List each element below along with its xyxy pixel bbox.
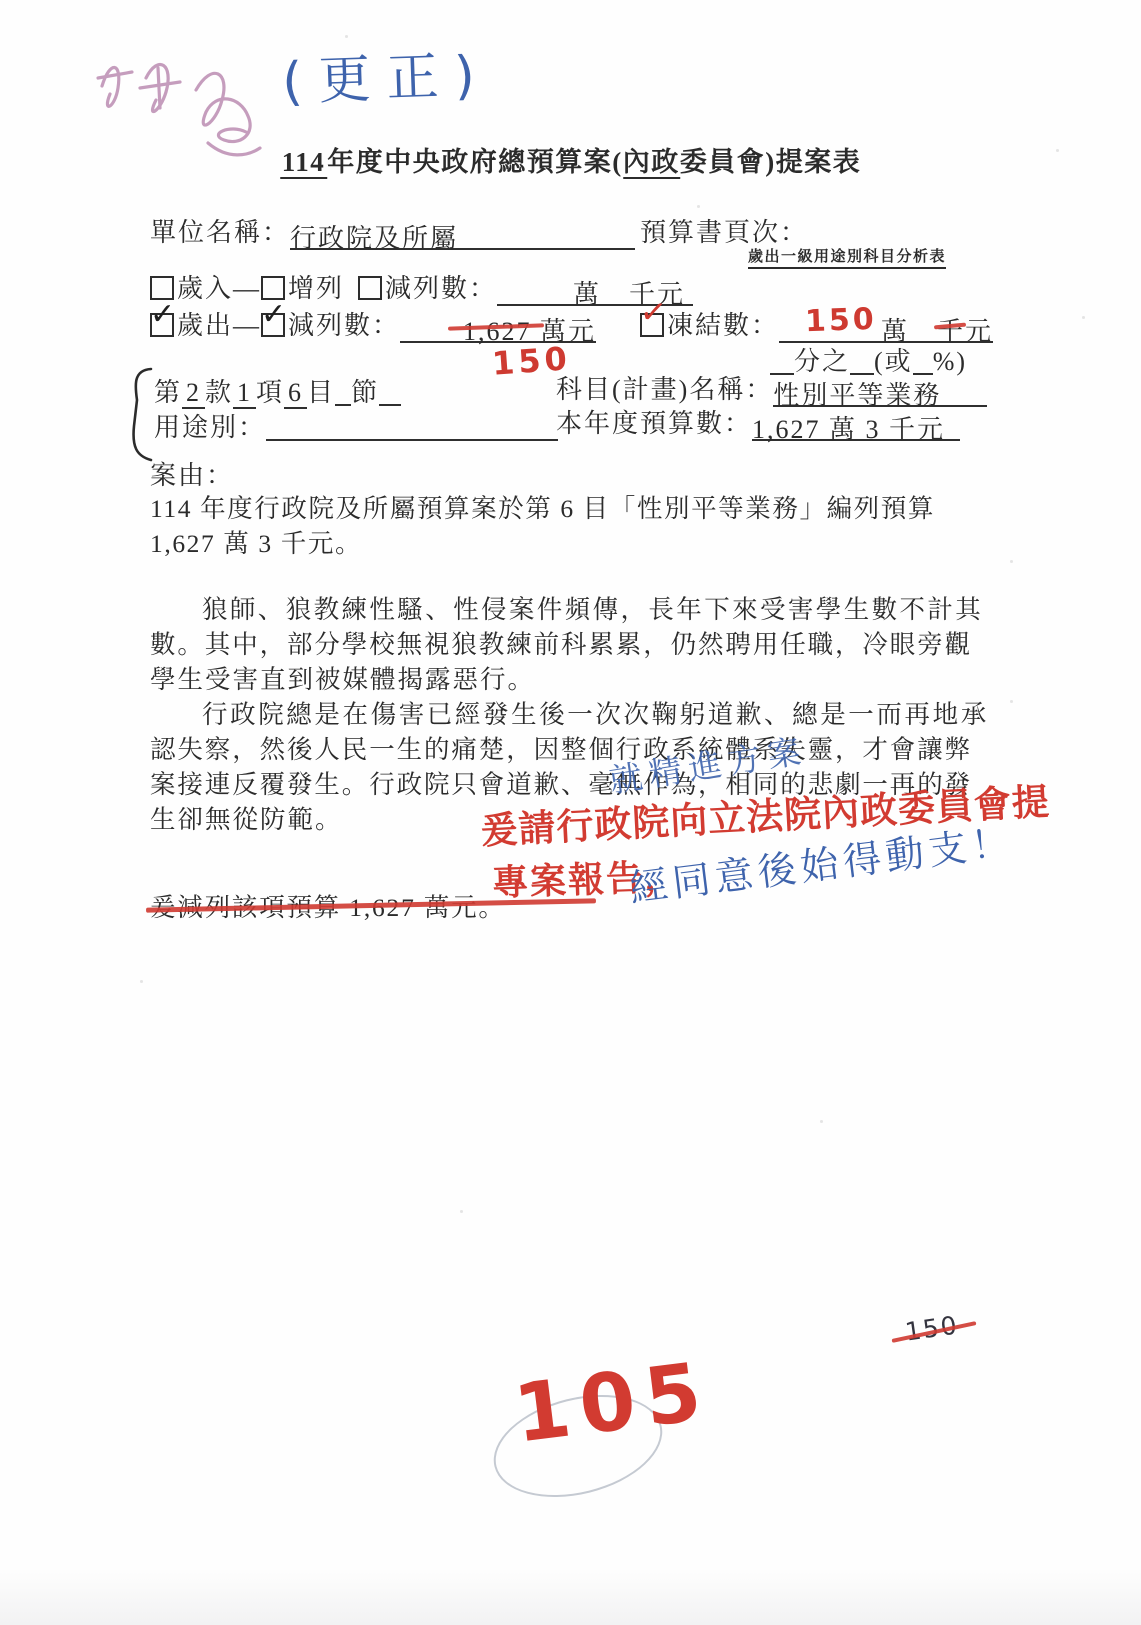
usage-field — [266, 413, 558, 441]
clause-kuan: 款 — [205, 378, 233, 407]
expense-label: 歲出 — [177, 311, 233, 340]
title-year: 114 — [280, 147, 328, 179]
clause-jie: 節 — [351, 378, 379, 407]
page-stamp: 105 — [509, 1344, 716, 1460]
budget-value: 1,627 萬 3 千元 — [752, 415, 945, 444]
title-mid: 年度中央政府總預算案( — [327, 147, 623, 177]
scan-speck — [210, 515, 213, 518]
body-line: 認失察，然後人民一生的痛楚，因整個行政系統體系失靈，才會讓弊 — [150, 730, 972, 766]
frozen-unit-yuan: 元 — [965, 317, 993, 346]
clause-di: 第 — [154, 378, 182, 407]
usage-label: 用途別： — [154, 413, 266, 442]
usage-row: 用途別： — [154, 407, 558, 444]
clause-mu: 目 — [307, 378, 335, 407]
dash: — — [233, 274, 261, 303]
case-line: 114 年度行政院及所屬預算案於第 6 目「性別平等業務」編列預算 — [150, 489, 935, 525]
budget-field: 1,627 萬 3 千元 — [752, 409, 960, 441]
increase-label: 增列 — [288, 274, 344, 303]
budget-label: 本年度預算數： — [556, 409, 752, 438]
checkbox-decrease — [358, 276, 382, 300]
body-line: 狼師、狼教練性騷、性侵案件頻傳，長年下來受害學生數不計其 — [202, 590, 983, 626]
handwritten-scribble — [88, 48, 293, 168]
case-line: 1,627 萬 3 千元。 — [150, 524, 362, 560]
case-label: 案由： — [150, 455, 234, 492]
clause-xiang-num: 1 — [233, 378, 256, 409]
clause-mu-num: 6 — [284, 378, 307, 409]
scan-speck — [1010, 700, 1013, 703]
blue-correction-note: (更正) — [281, 32, 492, 114]
dash: — — [233, 311, 261, 340]
budget-page-label: 預算書頁次： — [640, 212, 808, 249]
title-tail: 委員會)提案表 — [680, 147, 862, 177]
frozen-label: 凍結數： — [667, 311, 779, 340]
scan-speck — [1056, 149, 1059, 152]
unit-name-value: 行政院及所屬 — [290, 224, 458, 253]
frozen-row: ✓凍結數：150萬 千元 — [640, 305, 993, 343]
clause-xiang: 項 — [256, 378, 284, 407]
title-committee: 內政 — [623, 147, 680, 179]
body-line: 生卻無從防範。 — [150, 800, 343, 836]
checkbox-expense: ✓ — [150, 313, 174, 337]
clause-line: 第2款1項6目節 — [154, 372, 401, 409]
form-title: 114年度中央政府總預算案(內政委員會)提案表 — [280, 140, 862, 179]
scan-speck — [140, 980, 143, 983]
revenue-label: 歲入 — [177, 274, 233, 303]
scan-speck — [697, 205, 700, 208]
budget-row: 本年度預算數：1,627 萬 3 千元 — [556, 403, 960, 441]
scanned-document-page: (更正) 114年度中央政府總預算案(內政委員會)提案表 單位名稱：行政院及所屬… — [0, 0, 1141, 1625]
scan-bottom-shade — [0, 1567, 1141, 1625]
expense-decrease-label: 減列數： — [288, 311, 400, 340]
checkbox-expense-decrease: ✓ — [261, 313, 285, 337]
struck-number: 150 — [905, 1314, 959, 1343]
subject-label: 科目(計畫)名稱： — [556, 375, 773, 404]
frozen-amount-field: 150萬 千元 — [779, 311, 993, 343]
clause-kuan-num: 2 — [182, 378, 205, 409]
subject-row: 科目(計畫)名稱：性別平等業務 — [556, 369, 987, 407]
budget-page-note: 歲出一級用途別科目分析表 — [748, 245, 946, 269]
scan-speck — [820, 1120, 823, 1123]
unit-name-field: 行政院及所屬 — [290, 218, 635, 250]
scan-speck — [1010, 560, 1013, 563]
body-line: 學生受害直到被媒體揭露惡行。 — [150, 660, 535, 696]
scan-speck — [345, 35, 348, 38]
decrease-label: 減列數： — [385, 274, 497, 303]
revenue-row: 歲入—增列減列數：萬 千元 — [150, 268, 693, 306]
body-line: 數。其中，部分學校無視狼教練前科累累，仍然聘用任職，冷眼旁觀 — [150, 625, 972, 661]
expense-amount-field: 1,627 萬元 — [400, 311, 596, 343]
unit-name-row: 單位名稱：行政院及所屬 — [150, 212, 635, 250]
expense-row: ✓歲出—✓減列數：1,627 萬元 — [150, 305, 596, 343]
scan-speck — [1082, 316, 1085, 319]
resolution-line: 爰減列該項預算 1,627 萬元。 — [150, 888, 506, 924]
unit-name-label: 單位名稱： — [150, 218, 290, 247]
checkbox-frozen: ✓ — [640, 313, 664, 337]
red-frozen-amount: 150 — [804, 302, 877, 339]
scan-speck — [460, 1210, 463, 1213]
section-brace — [127, 366, 153, 464]
body-line: 行政院總是在傷害已經發生後一次次鞠躬道歉、總是一而再地承 — [202, 695, 989, 731]
